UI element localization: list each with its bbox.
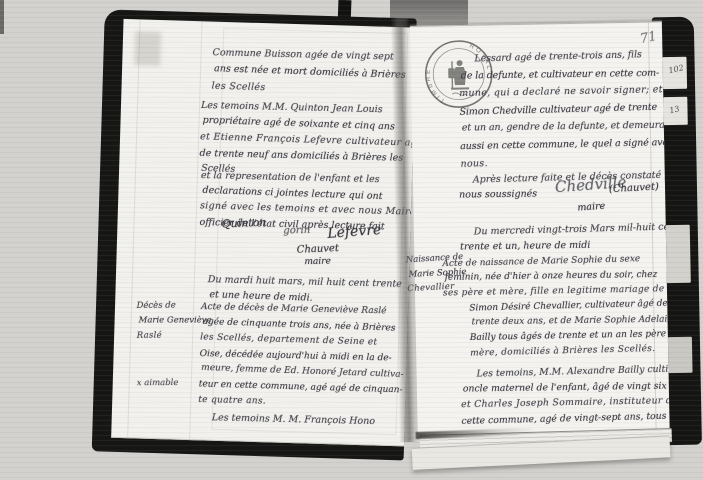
handwritten-line: trente deux ans, et de Marie Sophie Adel… bbox=[471, 312, 669, 330]
page-edge-tab bbox=[666, 225, 691, 283]
edge-tab-number: 102 bbox=[661, 54, 688, 76]
right-page: TIMBRE ROYAL 71 Lessard agé de trente-tr… bbox=[410, 21, 670, 437]
stamp-text-left: TIMBRE bbox=[424, 67, 446, 105]
paragraph-deces-continuation: Lessard agé de trente-trois ans, filsde … bbox=[458, 46, 669, 173]
page-edge-tab: 13 bbox=[663, 97, 688, 125]
right-page-group: 102 13 TIMBRE ROYAL bbox=[402, 8, 703, 476]
paragraph-burial-intro: Commune Buisson agée de vingt septans es… bbox=[211, 44, 404, 101]
paragraph-acte-deces: Acte de décès de Marie Geneviève Rasléag… bbox=[198, 299, 405, 414]
left-page-group: Commune Buisson agée de vingt septans es… bbox=[83, 7, 410, 468]
handwritten-line: feminin, née d'hier à onze heures du soi… bbox=[445, 268, 670, 286]
handwritten-line: de la defunte, et cultivateur en cette c… bbox=[461, 64, 670, 84]
svg-text:TIMBRE: TIMBRE bbox=[424, 67, 446, 105]
edge-tab-number: 13 bbox=[662, 94, 689, 116]
margin-note-deces: Décès deMarie GenevièveRaslé bbox=[137, 298, 210, 343]
margin-rule-line bbox=[127, 19, 140, 437]
signature-maire: maire bbox=[304, 256, 331, 267]
signature-maire-right: maire bbox=[577, 201, 606, 214]
page-edge-tab bbox=[668, 337, 693, 373]
margin-note-aimable: x aimable bbox=[137, 378, 179, 388]
paragraph-date-naissance: Du mercredi vingt-trois Mars mil-huit ce… bbox=[458, 220, 670, 256]
signature-chauvet: Chauvet bbox=[297, 243, 340, 256]
signature-gorin: gorin bbox=[283, 225, 310, 237]
handwritten-line: Décès de bbox=[136, 298, 209, 314]
margin-note-naissance: Naissance deMarie SophieChevallier bbox=[405, 250, 465, 297]
paragraph-temoins-right: Les temoins, M.M. Alexandre Bailly culti… bbox=[460, 362, 669, 429]
page-edge-tab: 102 bbox=[662, 57, 687, 89]
paragraph-acte-naissance: Acte de naissance de Marie Sophie du sex… bbox=[442, 252, 669, 361]
page-number: 71 bbox=[639, 29, 658, 47]
handwritten-line: et un an, gendre de la defunte, et demeu… bbox=[462, 117, 670, 137]
handwritten-line: Raslé bbox=[137, 328, 210, 343]
scanner-edge-artifact bbox=[0, 0, 4, 34]
signature-quinton: Quinton bbox=[221, 216, 266, 231]
handwritten-line: Marie Sophie bbox=[408, 265, 467, 282]
left-page: Commune Buisson agée de vingt septans es… bbox=[111, 19, 416, 447]
scanned-register-spread: Commune Buisson agée de vingt septans es… bbox=[0, 0, 703, 480]
handwritten-line: oncle maternel de l'enfant, âgé de vingt… bbox=[463, 378, 670, 397]
